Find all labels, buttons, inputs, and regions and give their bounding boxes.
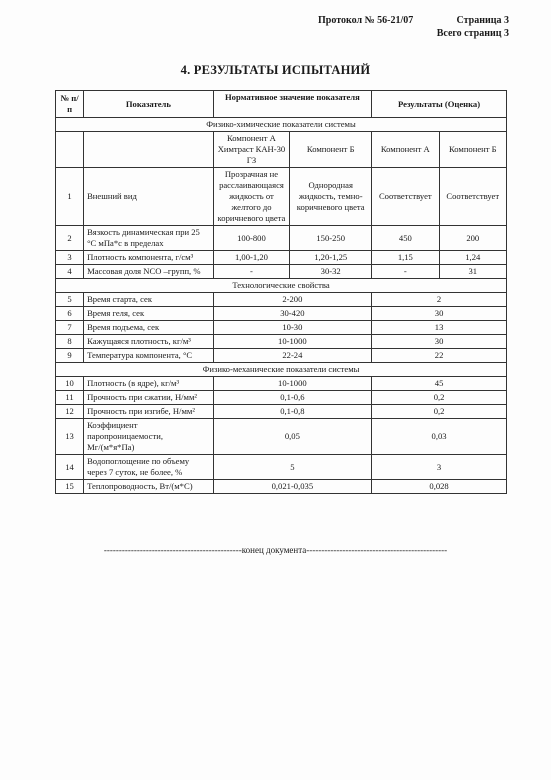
row-norm-b: Однородная жидкость, темно-коричневого ц… [290,168,372,226]
row-result-a: 450 [372,226,439,251]
row-indicator: Массовая доля NCO –групп, % [84,265,214,279]
header-num: № п/п [56,91,84,118]
row-result-a: - [372,265,439,279]
row-number: 4 [56,265,84,279]
row-number: 14 [56,455,84,480]
table-row: 8Кажущаяся плотность, кг/м³10-100030 [56,335,507,349]
row-norm: 2-200 [213,293,371,307]
subheader-norm-a: Компонент А Химтраст КАН-30 ГЗ [213,132,290,168]
section-title: Физико-механические показатели системы [56,363,507,377]
page-title: 4. РЕЗУЛЬТАТЫ ИСПЫТАНИЙ [0,63,551,78]
row-norm-b: 150-250 [290,226,372,251]
row-indicator: Коэффициент паропроницаемости, Мг/(м*я*П… [84,419,214,455]
subheader-res-b: Компонент Б [439,132,506,168]
subheader-res-a: Компонент А [372,132,439,168]
section-row: Физико-химические показатели системы [56,118,507,132]
row-indicator: Теплопроводность, Вт/(м*С) [84,480,214,494]
table-row: 15Теплопроводность, Вт/(м*С)0,021-0,0350… [56,480,507,494]
row-number: 5 [56,293,84,307]
row-indicator: Плотность компонента, г/см³ [84,251,214,265]
table-row: 9Температура компонента, °С22-2422 [56,349,507,363]
row-number: 15 [56,480,84,494]
row-result: 0,2 [372,391,507,405]
document-end-marker: ----------------------------------------… [0,545,551,555]
header-indicator: Показатель [84,91,214,118]
row-number: 3 [56,251,84,265]
table-row: 13Коэффициент паропроницаемости, Мг/(м*я… [56,419,507,455]
page-info: Страница 3 Всего страниц 3 [437,14,509,40]
row-result: 30 [372,307,507,321]
row-number: 10 [56,377,84,391]
table-row: 10Плотность (в ядре), кг/м³10-100045 [56,377,507,391]
header-results: Результаты (Оценка) [372,91,507,118]
row-result: 45 [372,377,507,391]
total-pages: Всего страниц 3 [437,27,509,40]
row-result: 13 [372,321,507,335]
row-result: 22 [372,349,507,363]
row-result: 2 [372,293,507,307]
row-indicator: Водопоглощение по объему через 7 суток, … [84,455,214,480]
row-result-b: 200 [439,226,506,251]
row-indicator: Плотность (в ядре), кг/м³ [84,377,214,391]
table-header-row: № п/п Показатель Нормативное значение по… [56,91,507,118]
section-row: Физико-механические показатели системы [56,363,507,377]
table-row: 5Время старта, сек2-2002 [56,293,507,307]
table-row: 6Время геля, сек30-42030 [56,307,507,321]
row-number: 11 [56,391,84,405]
row-norm-b: 1,20-1,25 [290,251,372,265]
row-norm: 30-420 [213,307,371,321]
row-norm: 0,1-0,8 [213,405,371,419]
table-row: 7Время подъема, сек10-3013 [56,321,507,335]
row-norm-a: 100-800 [213,226,290,251]
row-number: 2 [56,226,84,251]
section-title: Физико-химические показатели системы [56,118,507,132]
row-number: 13 [56,419,84,455]
row-indicator: Температура компонента, °С [84,349,214,363]
results-table: № п/п Показатель Нормативное значение по… [55,90,507,494]
row-norm: 10-1000 [213,335,371,349]
row-number: 9 [56,349,84,363]
row-norm: 22-24 [213,349,371,363]
row-result-b: 31 [439,265,506,279]
row-indicator: Время подъема, сек [84,321,214,335]
table-row: 11Прочность при сжатии, Н/мм²0,1-0,60,2 [56,391,507,405]
row-result: 0,2 [372,405,507,419]
row-indicator: Прочность при изгибе, Н/мм² [84,405,214,419]
header-norm: Нормативное значение показателя [213,91,371,118]
row-norm-a: - [213,265,290,279]
row-indicator: Кажущаяся плотность, кг/м³ [84,335,214,349]
row-norm: 0,05 [213,419,371,455]
subheader-row: Компонент А Химтраст КАН-30 ГЗ Компонент… [56,132,507,168]
protocol-number: Протокол № 56-21/07 [318,14,413,27]
table-row: 14Водопоглощение по объему через 7 суток… [56,455,507,480]
row-number: 6 [56,307,84,321]
row-indicator: Время старта, сек [84,293,214,307]
row-norm-a: Прозрачная не расслаивающаяся жидкость о… [213,168,290,226]
row-number: 8 [56,335,84,349]
row-norm: 10-30 [213,321,371,335]
table-row: 4Массовая доля NCO –групп, %-30-32-31 [56,265,507,279]
row-result: 0,028 [372,480,507,494]
row-norm: 0,1-0,6 [213,391,371,405]
row-norm-a: 1,00-1,20 [213,251,290,265]
row-result-a: 1,15 [372,251,439,265]
row-result: 3 [372,455,507,480]
row-result-b: Соответствует [439,168,506,226]
table-row: 12Прочность при изгибе, Н/мм²0,1-0,80,2 [56,405,507,419]
row-norm: 10-1000 [213,377,371,391]
row-number: 12 [56,405,84,419]
table-row: 3Плотность компонента, г/см³1,00-1,201,2… [56,251,507,265]
row-number: 7 [56,321,84,335]
section-row: Технологические свойства [56,279,507,293]
row-indicator: Прочность при сжатии, Н/мм² [84,391,214,405]
row-number: 1 [56,168,84,226]
page-number: Страница 3 [437,14,509,27]
section-title: Технологические свойства [56,279,507,293]
row-result-a: Соответствует [372,168,439,226]
table-row: 1Внешний видПрозрачная не расслаивающаяс… [56,168,507,226]
row-result-b: 1,24 [439,251,506,265]
row-indicator: Время геля, сек [84,307,214,321]
row-norm: 0,021-0,035 [213,480,371,494]
row-norm-b: 30-32 [290,265,372,279]
row-result: 30 [372,335,507,349]
table-row: 2Вязкость динамическая при 25 °С мПа*с в… [56,226,507,251]
row-indicator: Внешний вид [84,168,214,226]
row-indicator: Вязкость динамическая при 25 °С мПа*с в … [84,226,214,251]
subheader-norm-b: Компонент Б [290,132,372,168]
row-norm: 5 [213,455,371,480]
row-result: 0,03 [372,419,507,455]
